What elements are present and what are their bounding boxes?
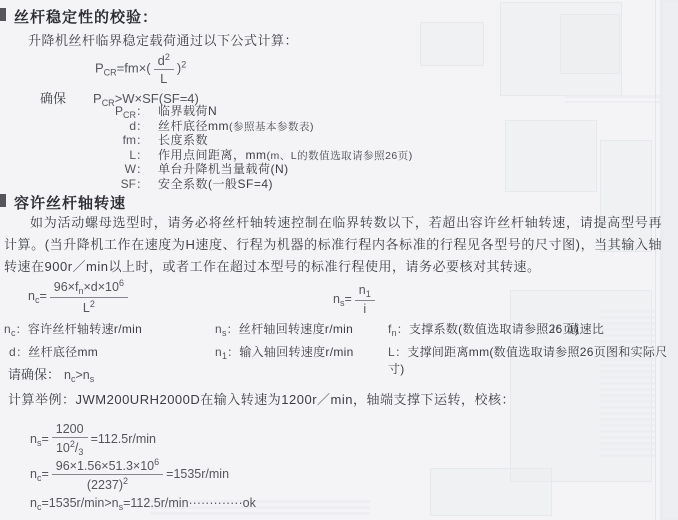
param-symbol: SF： bbox=[0, 175, 158, 192]
ensure-note-label: 请确保： bbox=[8, 367, 60, 382]
section2-paragraph: 如为活动螺母选型时，请务必将丝杆轴转速控制在临界转数以下，若超出容许丝杆轴转速，… bbox=[4, 212, 662, 278]
param-item: d：丝杆底径mm bbox=[9, 343, 98, 360]
section-bullet-icon bbox=[0, 8, 6, 21]
param-item: nc：容许丝杆轴转速r/min bbox=[4, 320, 142, 338]
formula-critical-load: PCR=fm×(d2L)2 bbox=[95, 52, 186, 86]
param-row: L： 作用点间距离，mm(m、L的数值选取请参照26页) bbox=[0, 146, 420, 161]
param-symbol: d： bbox=[9, 345, 28, 359]
formula-ns-calculation: ns=1200102/3=112.5r/min bbox=[30, 422, 156, 457]
param-item: i：减速比 bbox=[552, 320, 604, 337]
param-symbol: L： bbox=[388, 345, 407, 359]
param-symbol: n1： bbox=[215, 345, 239, 359]
param-desc: 丝杆轴回转速度r/min bbox=[239, 322, 353, 336]
param-row: d： 丝杆底径mm(参照基本参数表) bbox=[0, 117, 420, 132]
param-row: SF： 安全系数(一般SF=4) bbox=[0, 175, 420, 190]
param-item: L：支撑间距离mm(数值选取请参照26页图和实际尺寸) bbox=[388, 343, 678, 377]
param-desc: 支撑间距离mm(数值选取请参照26页图和实际尺寸) bbox=[388, 345, 668, 376]
example-text: JWM200URH2000D在输入转速为1200r／min，轴端支撑下运转，校核… bbox=[76, 392, 515, 407]
parameter-list-1: PCR： 临界载荷N d： 丝杆底径mm(参照基本参数表) fm： 长度系数 L… bbox=[0, 102, 420, 190]
param-desc: 减速比 bbox=[567, 322, 604, 336]
param-symbol: fn： bbox=[388, 322, 409, 336]
ghost-bleedthrough bbox=[500, 2, 622, 96]
ensure-note: 请确保：nc>ns bbox=[8, 364, 94, 384]
param-symbol: ns： bbox=[215, 322, 239, 336]
ghost-bleedthrough bbox=[430, 468, 552, 516]
section1-title: 丝杆稳定性的校验： bbox=[14, 6, 158, 27]
param-item: fn：支撑系数(数值选取请参照26页) bbox=[388, 320, 579, 338]
formula-nc-calculation: nc=96×1.56×51.3×106(2237)2=1535r/min bbox=[30, 457, 229, 492]
ghost-bleedthrough bbox=[560, 14, 620, 74]
param-row: PCR： 临界载荷N bbox=[0, 102, 420, 117]
example-heading: 计算举例：JWM200URH2000D在输入转速为1200r／min，轴端支撑下… bbox=[8, 389, 515, 408]
param-item: ns：丝杆轴回转速度r/min bbox=[215, 320, 353, 338]
ghost-bleedthrough bbox=[600, 310, 655, 460]
document-page: 丝杆稳定性的校验： 升降机丝杆临界稳定载荷通过以下公式计算： PCR=fm×(d… bbox=[0, 0, 678, 520]
param-symbol: i： bbox=[552, 322, 567, 336]
param-desc: 输入轴回转速度r/min bbox=[239, 345, 353, 359]
formula-ensure-speeds: nc>ns bbox=[64, 368, 94, 382]
section1-intro: 升降机丝杆临界稳定载荷通过以下公式计算： bbox=[28, 30, 298, 49]
param-item: n1：输入轴回转速度r/min bbox=[215, 343, 354, 361]
ghost-bleedthrough bbox=[565, 95, 660, 103]
section-bullet-icon bbox=[0, 194, 6, 207]
param-symbol: nc： bbox=[4, 322, 28, 336]
formula-conclusion: nc=1535r/min>ns=112.5r/min·············o… bbox=[30, 496, 256, 512]
param-desc: 容许丝杆轴转速r/min bbox=[28, 322, 142, 336]
ghost-bleedthrough bbox=[510, 290, 652, 482]
formula-allowable-speed: nc=96×fn×d×106L2 bbox=[28, 278, 131, 315]
formula-shaft-speed: ns=n1i bbox=[333, 283, 378, 316]
param-desc: 丝杆底径mm bbox=[28, 345, 98, 359]
section2-title: 容许丝杆轴转速 bbox=[14, 192, 126, 213]
example-label: 计算举例： bbox=[8, 392, 76, 407]
param-desc: 安全系数(一般SF=4) bbox=[158, 175, 273, 192]
ghost-bleedthrough bbox=[505, 120, 597, 192]
ghost-bleedthrough bbox=[420, 22, 484, 66]
page-edge-band bbox=[660, 0, 678, 520]
